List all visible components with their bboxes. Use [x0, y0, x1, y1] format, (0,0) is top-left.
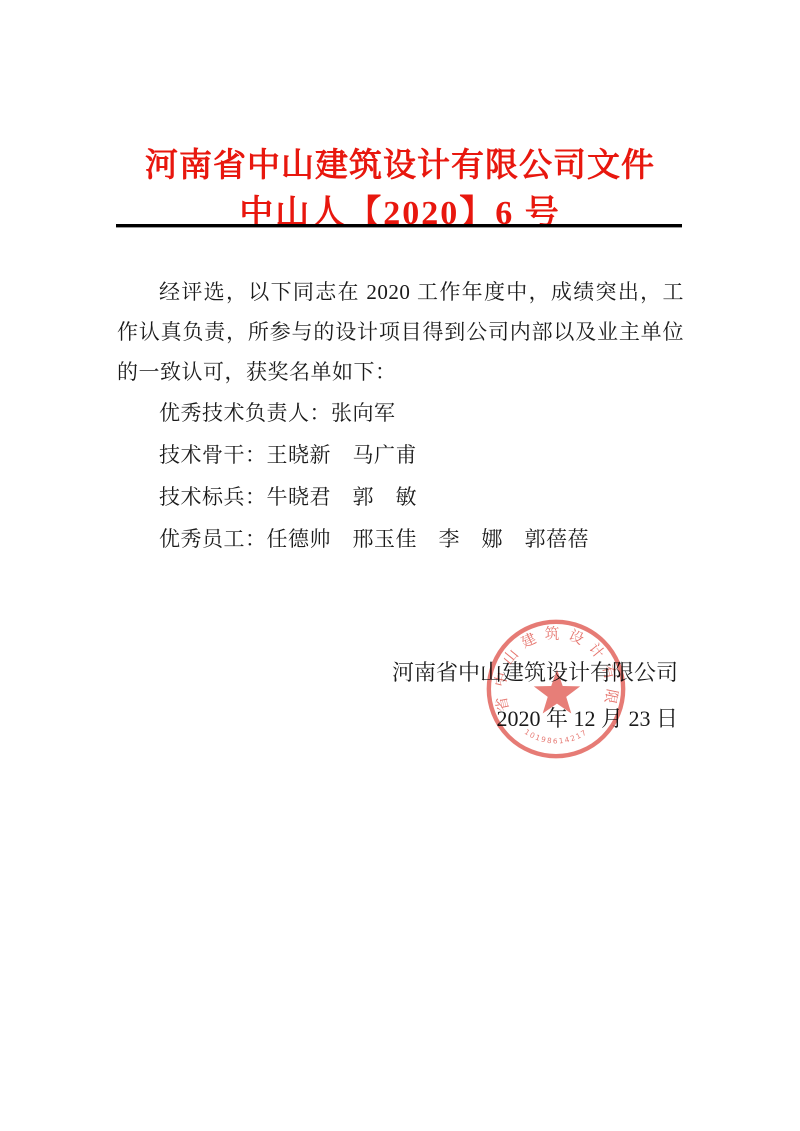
award-line-tech-backbone: 技术骨干：王晓新 马广甫	[117, 434, 684, 476]
signature-company: 河南省中山建筑设计有限公司	[392, 650, 678, 696]
award-line-tech-model: 技术标兵：牛晓君 郭 敏	[117, 476, 684, 518]
header-divider	[116, 224, 682, 228]
signature-block: 河南省中山建筑设计有限公司 2020 年 12 月 23 日	[392, 650, 678, 742]
signature-date: 2020 年 12 月 23 日	[392, 696, 678, 742]
document-title: 河南省中山建筑设计有限公司文件	[0, 139, 800, 186]
award-list: 优秀技术负责人：张向军 技术骨干：王晓新 马广甫 技术标兵：牛晓君 郭 敏 优秀…	[117, 392, 684, 560]
body-paragraph: 经评选，以下同志在 2020 工作年度中，成绩突出，工作认真负责，所参与的设计项…	[117, 272, 684, 392]
document-page: 河南省中山建筑设计有限公司文件 中山人【2020】6 号 经评选，以下同志在 2…	[0, 0, 800, 1131]
award-line-tech-leader: 优秀技术负责人：张向军	[117, 392, 684, 434]
award-line-excellent-staff: 优秀员工：任德帅 邢玉佳 李 娜 郭蓓蓓	[117, 518, 684, 560]
